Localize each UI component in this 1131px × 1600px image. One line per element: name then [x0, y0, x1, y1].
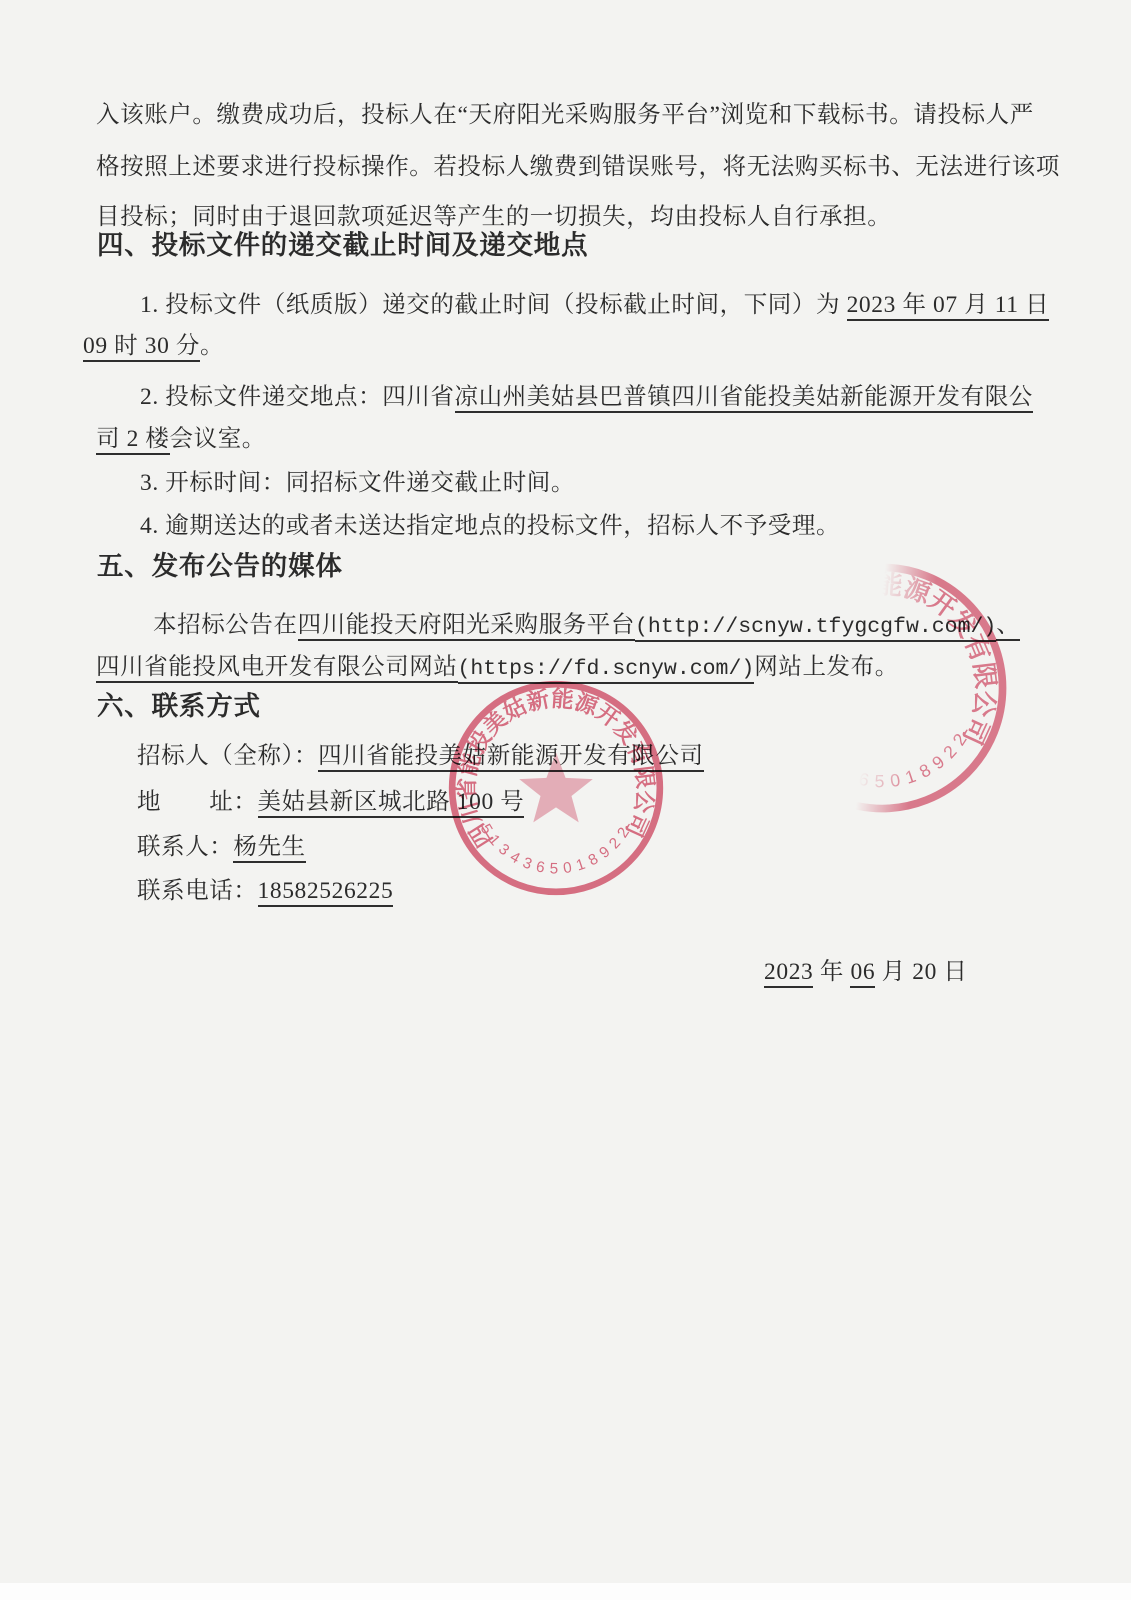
- contact-address-value: 美姑县新区城北路 100 号: [258, 789, 525, 818]
- seal-serial-number: 5134365018922: [477, 821, 634, 877]
- contact-person-label: 联系人：: [137, 834, 233, 860]
- item-2-tail: 会议室。: [170, 426, 266, 452]
- item-1-line-1: 1. 投标文件（纸质版）递交的截止时间（投标截止时间，下同）为 2023 年 0…: [140, 290, 1049, 321]
- item-2-line-2: 司 2 楼会议室。: [96, 424, 266, 455]
- contact-phone-label: 联系电话：: [137, 878, 258, 904]
- scanned-tender-document-page: 入该账户。缴费成功后，投标人在“天府阳光采购服务平台”浏览和下载标书。请投标人严…: [0, 0, 1131, 1600]
- contact-tenderer-value: 四川省能投美姑新能源开发有限公司: [318, 743, 704, 772]
- date-rest: 月 20 日: [875, 959, 967, 985]
- section-6-heading: 六、联系方式: [97, 689, 261, 723]
- contact-person-line: 联系人：杨先生: [137, 832, 306, 863]
- media-line-1: 本招标公告在四川能投天府阳光采购服务平台(http://scnyw.tfygcg…: [153, 610, 1020, 642]
- media-site-url: (https://fd.scnyw.com/): [458, 657, 755, 684]
- seal-ring: [761, 567, 1002, 808]
- item-3-line: 3. 开标时间：同招标文件递交截止时间。: [140, 468, 575, 499]
- media-site-name: 四川省能投风电开发有限公司网站: [96, 654, 458, 683]
- contact-address-line: 地 址：美姑县新区城北路 100 号: [137, 787, 524, 818]
- contact-tenderer-label: 招标人（全称）：: [137, 743, 318, 769]
- intro-line-1: 入该账户。缴费成功后，投标人在“天府阳光采购服务平台”浏览和下载标书。请投标人严: [96, 100, 1034, 131]
- item-1-text: 1. 投标文件（纸质版）递交的截止时间（投标截止时间，下同）为: [140, 292, 847, 318]
- media-platform-url: (http://scnyw.tfygcgfw.com/): [635, 615, 996, 642]
- item-4-line: 4. 逾期送达的或者未送达指定地点的投标文件，招标人不予受理。: [140, 511, 840, 542]
- scan-paper-edge: [0, 1583, 1131, 1600]
- company-seal-stamp-partial: 四川省能投美姑新能源开发有限公司 5134365018922: [752, 558, 1012, 818]
- contact-person-value: 杨先生: [233, 834, 305, 863]
- section-4-heading: 四、投标文件的递交截止时间及递交地点: [97, 228, 588, 262]
- date-month: 06: [850, 959, 875, 988]
- section-5-heading: 五、发布公告的媒体: [97, 549, 343, 583]
- svg-text:5134365018922: 5134365018922: [791, 726, 972, 791]
- contact-phone-value: 18582526225: [258, 878, 394, 907]
- item-2-address: 凉山州美姑县巴普镇四川省能投美姑新能源开发有限公: [455, 384, 1033, 413]
- date-year: 2023: [764, 959, 813, 988]
- item-2-line-1: 2. 投标文件递交地点：四川省凉山州美姑县巴普镇四川省能投美姑新能源开发有限公: [140, 382, 1033, 413]
- item-1-period: 。: [200, 333, 224, 359]
- contact-address-label: 地 址：: [137, 789, 258, 815]
- item-1-deadline-date: 2023 年 07 月 11 日: [847, 292, 1050, 321]
- svg-text:5134365018922: 5134365018922: [477, 821, 634, 877]
- contact-tenderer-line: 招标人（全称）：四川省能投美姑新能源开发有限公司: [137, 741, 704, 772]
- document-date: 2023 年 06 月 20 日: [764, 957, 968, 988]
- item-2-address-cont: 司 2 楼: [96, 426, 170, 455]
- intro-line-2: 格按照上述要求进行投标操作。若投标人缴费到错误账号，将无法购买标书、无法进行该项: [96, 152, 1060, 183]
- item-1-line-2: 09 时 30 分。: [83, 331, 224, 362]
- seal-serial-number: 5134365018922: [791, 726, 972, 791]
- item-2-text: 2. 投标文件递交地点：四川省: [140, 384, 455, 410]
- media-intro-text: 本招标公告在: [153, 612, 298, 638]
- date-sep-1: 年: [813, 959, 850, 985]
- media-line-2: 四川省能投风电开发有限公司网站(https://fd.scnyw.com/)网站…: [96, 652, 899, 684]
- item-1-deadline-time: 09 时 30 分: [83, 333, 200, 362]
- media-comma: 、: [996, 612, 1020, 641]
- media-tail-text: 网站上发布。: [754, 654, 899, 680]
- media-platform-name: 四川能投天府阳光采购服务平台: [298, 612, 635, 641]
- contact-phone-line: 联系电话：18582526225: [137, 876, 393, 907]
